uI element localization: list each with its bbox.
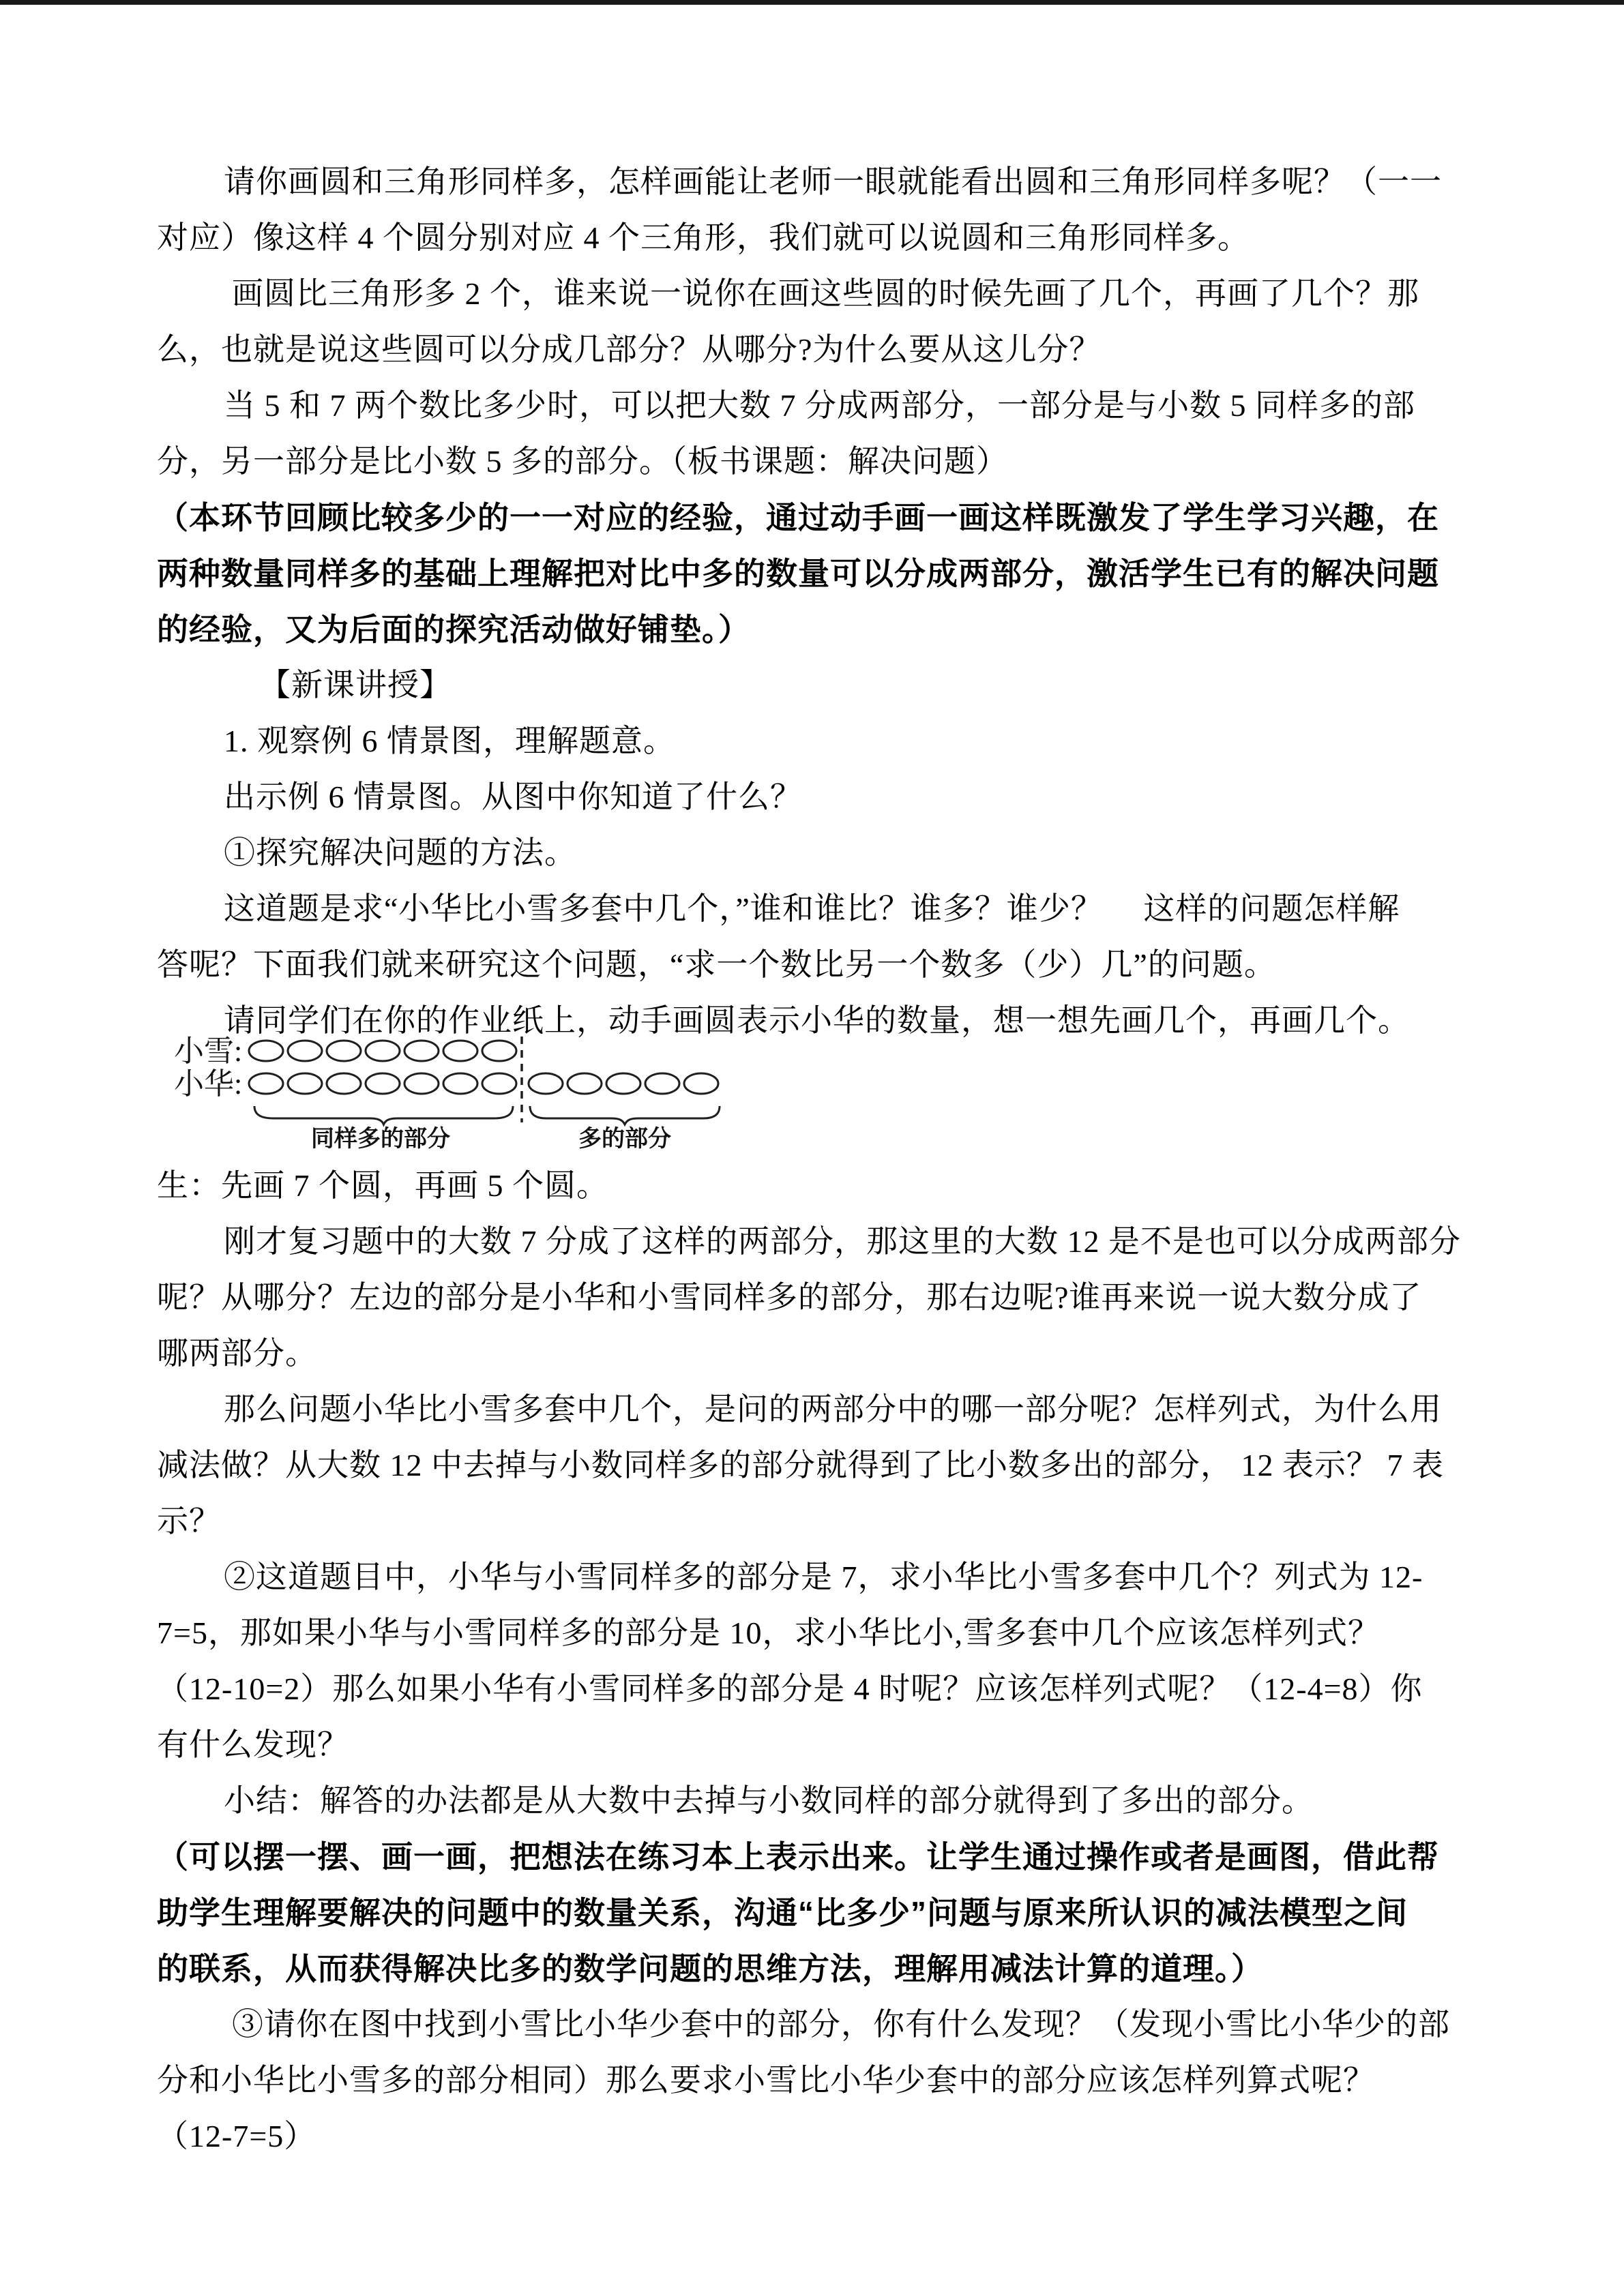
text-line: 当 5 和 7 两个数比多少时，可以把大数 7 分成两部分，一部分是与小数 5 …: [157, 378, 1467, 434]
text-block-lower: 生：先画 7 个圆，再画 5 个圆。刚才复习题中的大数 7 分成了这样的两部分，…: [157, 1158, 1467, 2164]
paragraph: 请你画圆和三角形同样多，怎样画能让老师一眼就能看出圆和三角形同样多呢？（一一对应…: [157, 154, 1467, 266]
circle: [404, 1073, 439, 1094]
text-line: 画圆比三角形多 2 个，谁来说一说你在画这些圆的时候先画了几个，再画了几个？那: [157, 266, 1467, 322]
circle: [482, 1073, 516, 1094]
text-line: 哪两部分。: [157, 1326, 1467, 1382]
text-line: 7=5，那如果小华与小雪同样多的部分是 10，求小华比小,雪多套中几个应该怎样列…: [157, 1605, 1467, 1661]
text-line: 刚才复习题中的大数 7 分成了这样的两部分，那这里的大数 12 是不是也可以分成…: [157, 1214, 1467, 1270]
text-line: 那么问题小华比小雪多套中几个，是问的两部分中的哪一部分呢？怎样列式，为什么用: [157, 1382, 1467, 1437]
circle: [645, 1073, 679, 1094]
text-line: 这道题是求“小华比小雪多套中几个，”谁和谁比？谁多？谁少？ 这样的问题怎样解: [157, 881, 1467, 937]
paragraph: 那么问题小华比小雪多套中几个，是问的两部分中的哪一部分呢？怎样列式，为什么用减法…: [157, 1382, 1467, 1549]
text-line: （12-7=5）: [157, 2108, 1467, 2164]
xiaohua-row-label: 小华:: [174, 1067, 242, 1101]
paragraph: 画圆比三角形多 2 个，谁来说一说你在画这些圆的时候先画了几个，再画了几个？那么…: [157, 266, 1467, 378]
underbrace-left: [254, 1106, 513, 1124]
text-line: 生：先画 7 个圆，再画 5 个圆。: [157, 1158, 1467, 1214]
paragraph: 1. 观察例 6 情景图，理解题意。: [157, 713, 1467, 769]
teacher-note-paragraph: （可以摆一摆、画一画，把想法在练习本上表示出来。让学生通过操作或者是画图，借此帮…: [157, 1829, 1467, 1997]
paragraph: 小结：解答的办法都是从大数中去掉与小数同样的部分就得到了多出的部分。: [157, 1773, 1467, 1829]
paragraph: ①探究解决问题的方法。: [157, 825, 1467, 881]
text-line: 两种数量同样多的基础上理解把对比中多的数量可以分成两部分，激活学生已有的解决问题: [157, 546, 1467, 601]
paragraph: 当 5 和 7 两个数比多少时，可以把大数 7 分成两部分，一部分是与小数 5 …: [157, 378, 1467, 490]
text-line: （12-10=2）那么如果小华有小雪同样多的部分是 4 时呢？应该怎样列式呢？（…: [157, 1661, 1467, 1717]
extra-part-label: 多的部分: [578, 1126, 671, 1152]
text-line: 1. 观察例 6 情景图，理解题意。: [157, 713, 1467, 769]
top-edge-bar: [0, 0, 1624, 5]
text-line: 出示例 6 情景图。从图中你知道了什么？: [157, 769, 1467, 825]
text-line: （本环节回顾比较多少的一一对应的经验，通过动手画一画这样既激发了学生学习兴趣，在: [157, 490, 1467, 546]
paragraph: 【新课讲授】: [157, 657, 1467, 713]
paragraph: 生：先画 7 个圆，再画 5 个圆。: [157, 1158, 1467, 1214]
teacher-note-paragraph: （本环节回顾比较多少的一一对应的经验，通过动手画一画这样既激发了学生学习兴趣，在…: [157, 490, 1467, 657]
circle: [288, 1073, 322, 1094]
text-line: 分和小华比小雪多的部分相同）那么要求小雪比小华少套中的部分应该怎样列算式呢？: [157, 2053, 1467, 2108]
text-line: ③请你在图中找到小雪比小华少套中的部分，你有什么发现？（发现小雪比小华少的部: [157, 1997, 1467, 2053]
text-line: 助学生理解要解决的问题中的数量关系，沟通“比多少”问题与原来所认识的减法模型之间: [157, 1885, 1467, 1941]
text-line: 有什么发现？: [157, 1717, 1467, 1773]
text-line: （可以摆一摆、画一画，把想法在练习本上表示出来。让学生通过操作或者是画图，借此帮: [157, 1829, 1467, 1885]
paragraph: ②这道题目中，小华与小雪同样多的部分是 7，求小华比小雪多套中几个？列式为 12…: [157, 1549, 1467, 1773]
document-body: 请你画圆和三角形同样多，怎样画能让老师一眼就能看出圆和三角形同样多呢？（一一对应…: [157, 0, 1467, 2164]
underbrace-right: [530, 1106, 720, 1124]
text-line: 示？: [157, 1493, 1467, 1549]
document-page: 请你画圆和三角形同样多，怎样画能让老师一眼就能看出圆和三角形同样多呢？（一一对应…: [0, 0, 1624, 2296]
circle: [529, 1073, 563, 1094]
circle: [443, 1073, 477, 1094]
text-line: 对应）像这样 4 个圆分别对应 4 个三角形，我们就可以说圆和三角形同样多。: [157, 210, 1467, 266]
circle: [684, 1073, 718, 1094]
text-line: ①探究解决问题的方法。: [157, 825, 1467, 881]
comparison-diagram: 小雪: 小华: 同样多的部分 多的部分: [174, 1035, 1467, 1158]
text-line: 请同学们在你的作业纸上，动手画圆表示小华的数量，想一想先画几个，再画几个。: [157, 993, 1467, 1049]
text-line: 【新课讲授】: [157, 657, 1467, 713]
xiaohua-circles-extra-part: [529, 1073, 718, 1094]
text-line: 的经验，又为后面的探究活动做好铺垫。）: [157, 601, 1467, 657]
paragraph: 刚才复习题中的大数 7 分成了这样的两部分，那这里的大数 12 是不是也可以分成…: [157, 1214, 1467, 1382]
paragraph: 这道题是求“小华比小雪多套中几个，”谁和谁比？谁多？谁少？ 这样的问题怎样解答呢…: [157, 881, 1467, 993]
circle: [366, 1073, 400, 1094]
circle: [327, 1073, 361, 1094]
text-line: 的联系，从而获得解决比多的数学问题的思维方法，理解用减法计算的道理。）: [157, 1941, 1467, 1997]
paragraph: 出示例 6 情景图。从图中你知道了什么？: [157, 769, 1467, 825]
xiaohua-circles-equal-part: [249, 1073, 516, 1094]
circle: [606, 1073, 640, 1094]
xiaoxue-row-label: 小雪:: [174, 1035, 242, 1068]
text-line: 答呢？下面我们就来研究这个问题，“求一个数比另一个数多（少）几”的问题。: [157, 937, 1467, 993]
circle: [249, 1073, 283, 1094]
text-line: ②这道题目中，小华与小雪同样多的部分是 7，求小华比小雪多套中几个？列式为 12…: [157, 1549, 1467, 1605]
text-block-upper: 请你画圆和三角形同样多，怎样画能让老师一眼就能看出圆和三角形同样多呢？（一一对应…: [157, 154, 1467, 1049]
text-line: 减法做？从大数 12 中去掉与小数同样多的部分就得到了比小数多出的部分， 12 …: [157, 1437, 1467, 1493]
circle: [567, 1073, 602, 1094]
paragraph: 请同学们在你的作业纸上，动手画圆表示小华的数量，想一想先画几个，再画几个。: [157, 993, 1467, 1049]
text-line: 分，另一部分是比小数 5 多的部分。（板书课题：解决问题）: [157, 434, 1467, 490]
text-line: 请你画圆和三角形同样多，怎样画能让老师一眼就能看出圆和三角形同样多呢？（一一: [157, 154, 1467, 210]
equal-part-label: 同样多的部分: [311, 1126, 450, 1152]
paragraph: ③请你在图中找到小雪比小华少套中的部分，你有什么发现？（发现小雪比小华少的部分和…: [157, 1997, 1467, 2108]
text-line: 么，也就是说这些圆可以分成几部分？从哪分?为什么要从这儿分？: [157, 322, 1467, 378]
text-line: 呢？从哪分？左边的部分是小华和小雪同样多的部分，那右边呢?谁再来说一说大数分成了: [157, 1270, 1467, 1326]
text-line: 小结：解答的办法都是从大数中去掉与小数同样的部分就得到了多出的部分。: [157, 1773, 1467, 1829]
paragraph: （12-7=5）: [157, 2108, 1467, 2164]
